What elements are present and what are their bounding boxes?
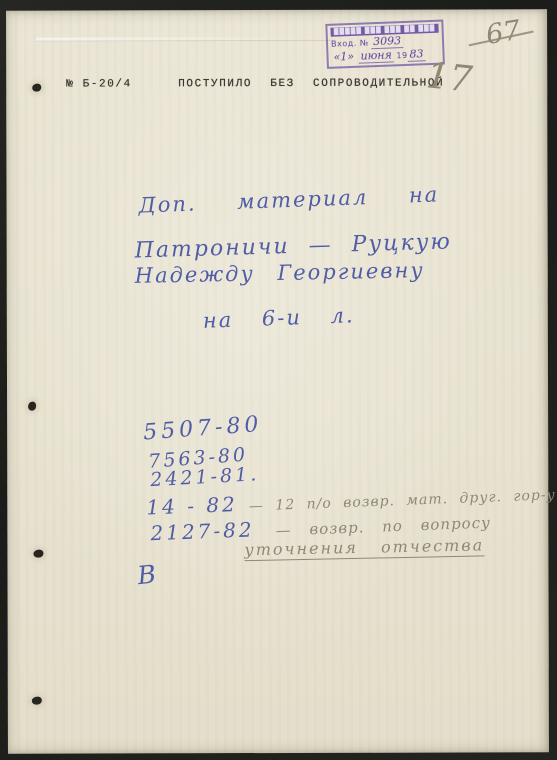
handwritten-initial: В — [136, 559, 157, 590]
reference-number-5: 2127-82 — [150, 517, 255, 545]
stamp-date-year-hand: 83 — [407, 47, 426, 62]
stamp-date-month: июня — [358, 48, 394, 63]
stamp-number-value: 3093 — [371, 34, 404, 49]
handwritten-line-4: на 6-и л. — [202, 303, 355, 333]
paper-crease — [36, 37, 336, 42]
document-registration-number: № Б-20/4 — [66, 78, 132, 90]
stamp-number-label: Вход. № — [331, 38, 369, 48]
binding-hole — [32, 84, 41, 92]
binding-hole — [33, 550, 43, 558]
scanned-document: █████ ███ ███ ██ ███ Вход. № 3093 «1» ию… — [0, 0, 557, 760]
reference-number-4: 14 - 82 — [146, 492, 238, 519]
page-number: 17 — [424, 55, 474, 100]
stamp-date-row: «1» июня 1983 — [331, 47, 439, 65]
stamp-date-year-printed: 19 — [396, 51, 408, 60]
reference-number-3: 2421-81. — [150, 463, 260, 491]
typed-heading: ПОСТУПИЛО БЕЗ СОПРОВОДИТЕЛЬНОЙ — [178, 78, 444, 91]
stamp-date-day: «1» — [331, 50, 356, 64]
reference-number-1: 5507-80 — [142, 412, 263, 446]
pencil-note-4: — 12 п/о возвр. мат. друг. гор-у — [249, 487, 556, 515]
document-page: █████ ███ ███ ██ ███ Вход. № 3093 «1» ию… — [6, 9, 549, 753]
pencil-note-5-continued: уточнения отчества — [244, 535, 484, 561]
handwritten-line-1: Доп. материал на — [138, 182, 439, 217]
binding-hole — [28, 402, 36, 411]
binding-hole — [32, 697, 42, 705]
handwritten-line-3: Надежду Георгиевну — [135, 258, 425, 288]
